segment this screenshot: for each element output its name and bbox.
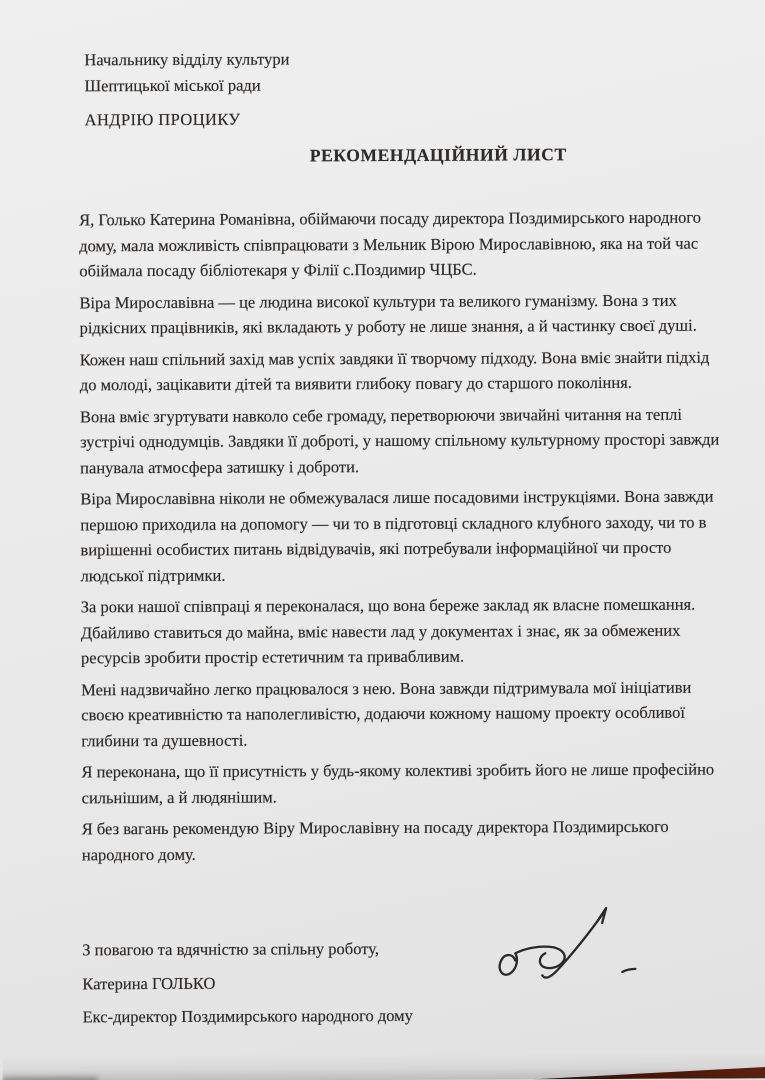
- letter-paragraph-7: Мені надзвичайно легко працювалося з нею…: [81, 674, 724, 753]
- letter-paragraph-1: Я, Голько Катерина Романівна, обіймаючи …: [79, 205, 722, 284]
- letter-content: Начальнику відділу культури Шептицької м…: [0, 0, 765, 1030]
- letter-paragraph-8: Я переконана, що її присутність у будь-я…: [81, 757, 724, 811]
- letter-paragraph-4: Вона вміє згуртувати навколо себе громад…: [80, 401, 723, 480]
- letter-paragraph-2: Віра Мирославівна — це людина високої ку…: [79, 287, 722, 341]
- signer-title: Екс-директор Поздимирського народного до…: [82, 1002, 725, 1030]
- handwritten-signature-icon: [484, 887, 684, 998]
- letter-page: Начальнику відділу культури Шептицької м…: [0, 0, 765, 1080]
- recipient-name: АНДРІЮ ПРОЦИКУ: [85, 105, 722, 134]
- letter-title: РЕКОМЕНДАЦІЙНИЙ ЛИСТ: [117, 140, 760, 169]
- recipient-block: Начальнику відділу культури Шептицької м…: [78, 45, 721, 134]
- recipient-line-1: Начальнику відділу культури: [84, 45, 721, 74]
- recipient-line-2: Шептицької міської ради: [84, 71, 721, 100]
- letter-paragraph-5: Віра Мирославівна ніколи не обмежувалася…: [80, 484, 723, 589]
- letter-body: Я, Голько Катерина Романівна, обіймаючи …: [79, 205, 725, 868]
- scanned-letter-photo: Начальнику відділу культури Шептицької м…: [0, 0, 765, 1080]
- letter-paragraph-9: Я без вагань рекомендую Віру Мирославівн…: [82, 814, 725, 868]
- letter-paragraph-3: Кожен наш спільний захід мав успіх завдя…: [80, 344, 723, 398]
- letter-paragraph-6: За роки нашої співпраці я переконалася, …: [81, 592, 724, 671]
- table-edge: [533, 1065, 765, 1079]
